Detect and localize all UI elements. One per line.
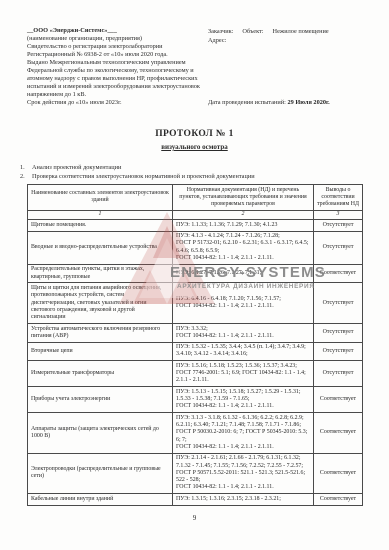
test-date-line: Дата проведения испытаний: 29 Июля 2020г… [208, 99, 383, 106]
normative-refs: ПУЭ: 1.5.32 - 1.5.35; 3.4.4; 3.4.5 (п. 1… [173, 342, 314, 361]
header-normative-docs: Нормативная документация (НД) и перечень… [173, 185, 314, 211]
issued-by-text: Выдано Межрегиональным технологическим у… [27, 59, 209, 99]
list-item: 2. Проверка соответствия электроустаново… [20, 172, 380, 181]
page-number: 9 [0, 514, 389, 522]
conclusion-value: Отсутствует [314, 361, 363, 387]
column-number: 2 [173, 210, 314, 219]
test-date-value: 29 Июля 2020г. [287, 99, 329, 106]
title-block: ПРОТОКОЛ № 1 визуального осмотра [0, 129, 389, 151]
table-row: Измерительные трансформаторы ПУЭ: 1.5.16… [28, 361, 363, 387]
list-item-text: Анализ проектной документации [32, 163, 121, 172]
header-elements: Наименование составных элементов электро… [28, 185, 173, 211]
certificate-line: Свидетельство о регистрации электролабор… [27, 43, 209, 51]
column-number: 1 [28, 210, 173, 219]
conclusion-value: Отсутствует [314, 324, 363, 343]
element-name: Кабельные линии внутри зданий [28, 494, 173, 505]
protocol-title: ПРОТОКОЛ № 1 [0, 129, 389, 139]
element-name: Щитовые помещения. [28, 220, 173, 231]
normative-refs: ПУЭ: 6.1.27; 7.1.26; 7.1.27; 7.1.31; [173, 264, 314, 283]
conclusion-value: Соответствует [314, 453, 363, 494]
conclusion-value: Отсутствует [314, 231, 363, 264]
table-row: Аппараты защиты (защита электрических се… [28, 413, 363, 454]
normative-refs: ПУЭ: 4.1.3 - 4.1.24; 7.1.24 - 7.1.26; 7.… [173, 231, 314, 264]
protocol-subtitle: визуального осмотра [0, 143, 389, 151]
customer-label: Заказчик: [208, 28, 233, 37]
table-row: Вводные и вводно-распределительные устро… [28, 231, 363, 264]
registration-line: Регистрационный № 6938-2 от «10» июля 20… [27, 51, 209, 59]
element-name: Вводные и вводно-распределительные устро… [28, 231, 173, 264]
object-value: Нежилое помещение [273, 28, 329, 37]
column-number: 3 [314, 210, 363, 219]
list-item-number: 1. [20, 163, 32, 172]
customer-block: Заказчик: Объект: Нежилое помещение Адре… [208, 28, 368, 45]
conclusion-value: Соответствует [314, 494, 363, 505]
conclusion-value: Отсутствует [314, 342, 363, 361]
table-row: Приборы учета электроэнергии ПУЭ: 1.5.13… [28, 387, 363, 413]
table-row: Вторичные цепи ПУЭ: 1.5.32 - 1.5.35; 3.4… [28, 342, 363, 361]
element-name: Устройства автоматического включения рез… [28, 324, 173, 343]
normative-refs: ПУЭ: 1.5.13 - 1.5.15; 1.5.18; 1.5.27; 1.… [173, 387, 314, 413]
conclusion-value: Соответствует [314, 413, 363, 454]
conclusion-value: Соответствует [314, 387, 363, 413]
table-row: Устройства автоматического включения рез… [28, 324, 363, 343]
table-row: Распределительные пункты, щитки в этажах… [28, 264, 363, 283]
object-label: Объект: [242, 28, 263, 37]
normative-refs: ПУЭ: 1.3.15; 1.3.16; 2.3.15; 2.3.18 - 2.… [173, 494, 314, 505]
conclusion-value: Соответствует [314, 264, 363, 283]
normative-refs: ПУЭ: 1.5.16; 1.5.18; 1.5.23; 1.5.36; 1.5… [173, 361, 314, 387]
conclusion-value: Отсутствует [314, 220, 363, 231]
element-name: Приборы учета электроэнергии [28, 387, 173, 413]
element-name: Распределительные пункты, щитки в этажах… [28, 264, 173, 283]
test-date-label: Дата проведения испытаний: [208, 99, 286, 106]
element-name: Щиты и щитки для питания аварийного осве… [28, 283, 173, 324]
section-list: 1. Анализ проектной документации 2. Пров… [20, 163, 380, 181]
normative-refs: ПУЭ: 3.3.32; ГОСТ 10434-82: 1.1 - 1.4; 2… [173, 324, 314, 343]
table-row: Электропроводки (распределительные и гру… [28, 453, 363, 494]
list-item-text: Проверка соответствия электроустановок н… [32, 172, 255, 181]
table-row: Щитовые помещения. ПУЭ: 1.1.33; 1.1.36; … [28, 220, 363, 231]
table-row: Кабельные линии внутри зданий ПУЭ: 1.3.1… [28, 494, 363, 505]
header-conclusions: Выводы о соответствии требованиям НД [314, 185, 363, 211]
conclusion-value: Отсутствует [314, 283, 363, 324]
compliance-table: Наименование составных элементов электро… [27, 184, 363, 506]
normative-refs: ПУЭ: 1.1.33; 1.1.36; 7.1.29; 7.1.30; 4.1… [173, 220, 314, 231]
table-header-row: Наименование составных элементов электро… [28, 185, 363, 211]
column-number-row: 1 2 3 [28, 210, 363, 219]
table-row: Щиты и щитки для питания аварийного осве… [28, 283, 363, 324]
element-name: Измерительные трансформаторы [28, 361, 173, 387]
list-item: 1. Анализ проектной документации [20, 163, 380, 172]
element-name: Аппараты защиты (защита электрических се… [28, 413, 173, 454]
element-name: Вторичные цепи [28, 342, 173, 361]
organization-block: __ООО «Энерджи-Системс»___ (наименование… [27, 27, 209, 107]
organization-name: __ООО «Энерджи-Системс»___ [27, 27, 209, 35]
address-label: Адрес: [208, 37, 368, 46]
organization-caption: (наименование организации, предприятия) [27, 35, 209, 43]
normative-refs: ПУЭ: 3.1.3 - 3.1.8; 6.1.32 - 6.1.36; 6.2… [173, 413, 314, 454]
list-item-number: 2. [20, 172, 32, 181]
document-page: __ООО «Энерджи-Системс»___ (наименование… [0, 0, 389, 550]
element-name: Электропроводки (распределительные и гру… [28, 453, 173, 494]
validity-line: Срок действия до «10» июля 2023г. [27, 99, 209, 107]
normative-refs: ПУЭ: 6.4.16 - 6.4.18; 7.1.20; 7.1.56; 7.… [173, 283, 314, 324]
normative-refs: ПУЭ: 2.1.14 - 2.1.61; 2.1.66 - 2.1.79; 6… [173, 453, 314, 494]
